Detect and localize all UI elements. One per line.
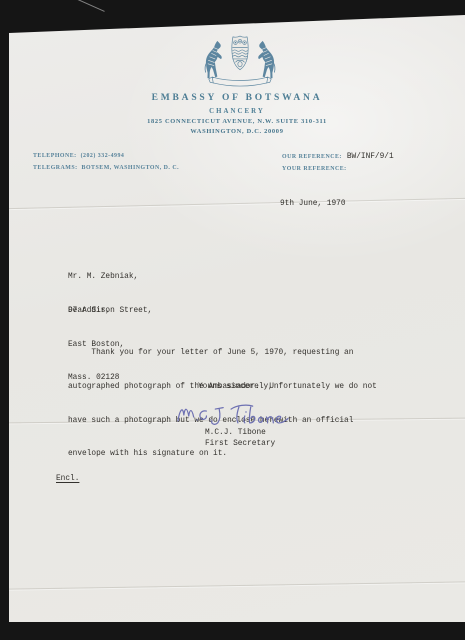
embassy-name: EMBASSY OF BOTSWANA (9, 93, 465, 103)
chancery-line: CHANCERY (9, 108, 465, 115)
our-reference-value: BW/INF/9/1 (347, 151, 394, 163)
letter-date: 9th June, 1970 (280, 199, 346, 210)
telegrams-line: TELEGRAMS: BOTSEM, WASHINGTON, D. C. (33, 163, 179, 175)
our-reference-label: OUR REFERENCE: (282, 151, 342, 163)
address-line-1: 1825 CONNECTICUT AVENUE, N.W. SUITE 310-… (9, 118, 465, 125)
reference-block: OUR REFERENCE: BW/INF/9/1 YOUR REFERENCE… (282, 151, 394, 175)
fold-crease (0, 198, 465, 210)
body-line: Thank you for your letter of June 5, 197… (68, 348, 377, 359)
signer-title: First Secretary (205, 439, 275, 450)
body-line: envelope with his signature on it. (68, 449, 377, 460)
scan-scratch (73, 0, 104, 12)
signer-name: M.C.J. Tibone (205, 428, 266, 439)
fold-crease (0, 581, 465, 589)
your-reference-label: YOUR REFERENCE: (282, 163, 347, 175)
enclosure-note: Encl. (56, 474, 79, 485)
telephone-line: TELEPHONE: (202) 332-4994 (33, 151, 179, 163)
salutation: Dear Sir, (68, 306, 110, 317)
botswana-coat-of-arms-icon (198, 27, 282, 93)
closing-line: Yours sincerely, (198, 382, 273, 393)
address-line-2: WASHINGTON, D.C. 20009 (9, 128, 465, 135)
letter-paper: EMBASSY OF BOTSWANA CHANCERY 1825 CONNEC… (9, 13, 465, 622)
contact-block: TELEPHONE: (202) 332-4994 TELEGRAMS: BOT… (33, 151, 179, 174)
recipient-line: Mr. M. Zebniak, (68, 272, 152, 283)
